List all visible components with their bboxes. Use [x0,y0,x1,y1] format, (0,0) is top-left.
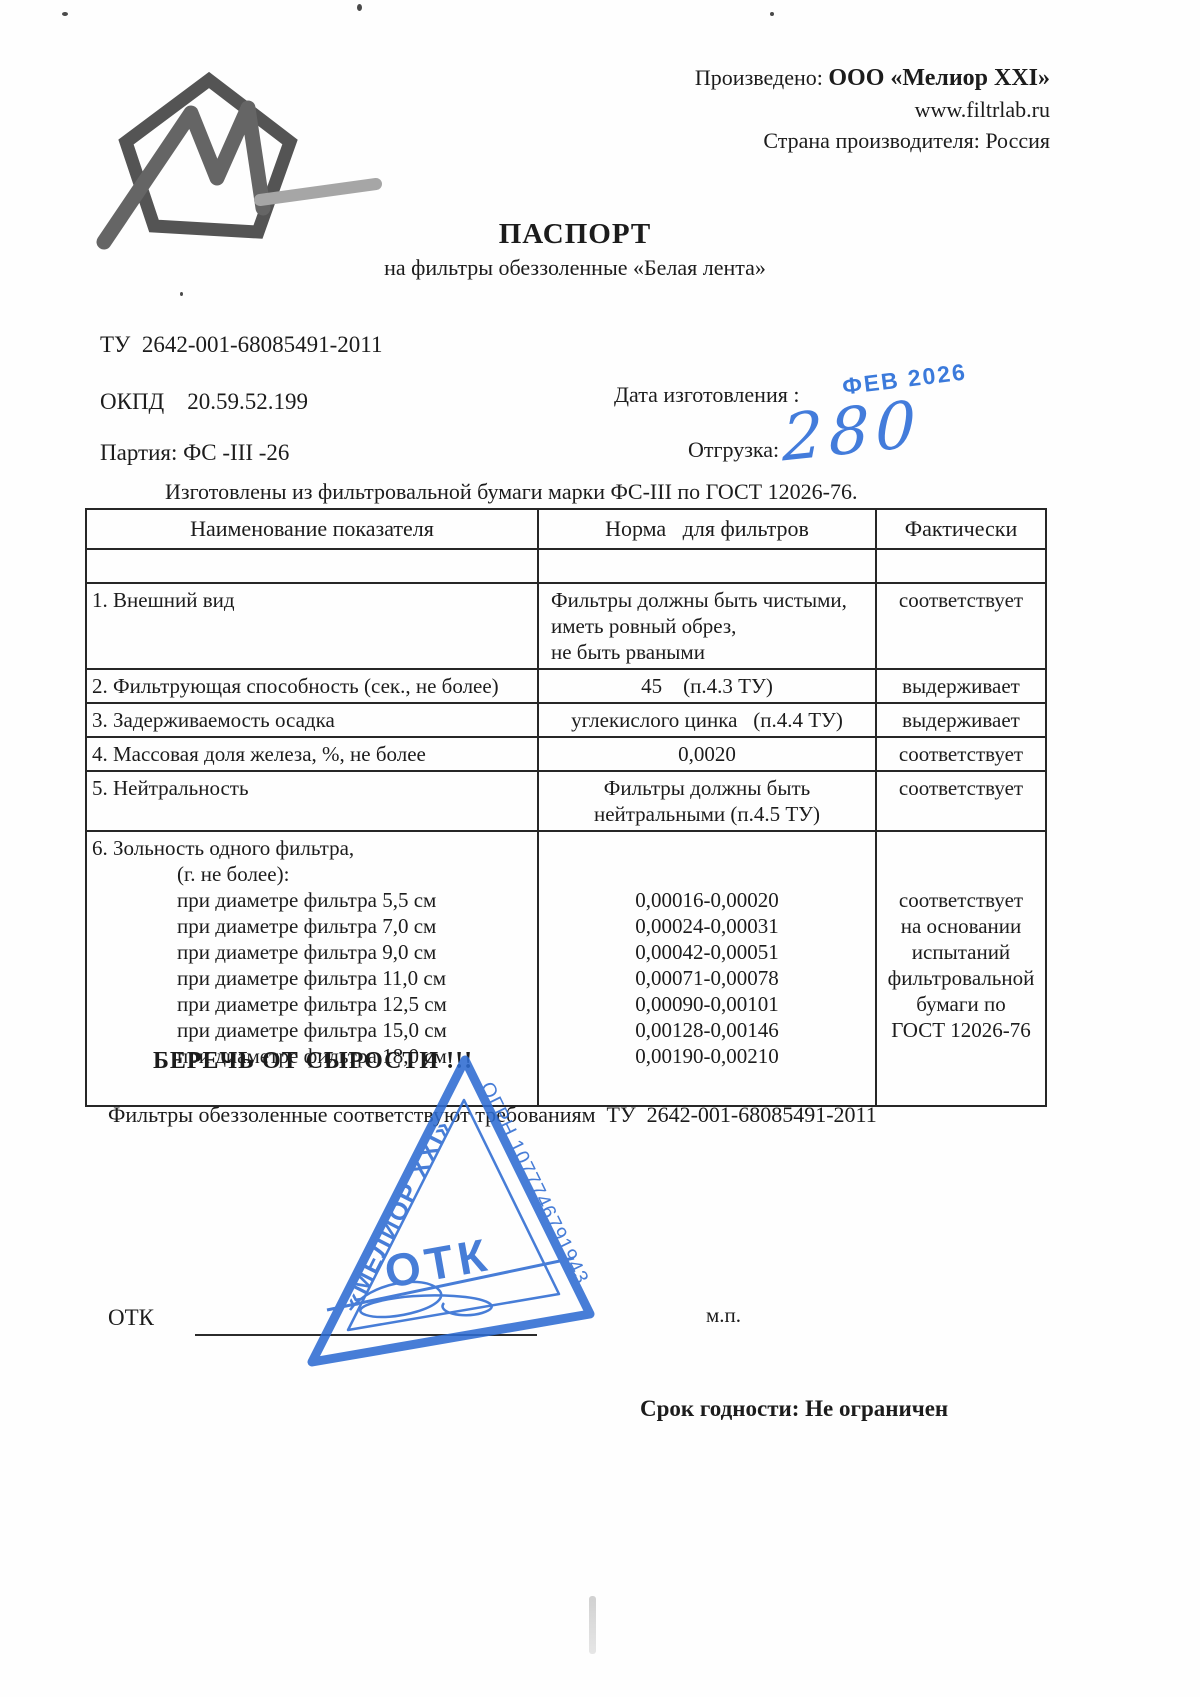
cell-line: соответствует [882,741,1040,767]
cell-line: 0,00042-0,00051 [544,939,870,965]
page-subtitle: на фильтры обеззоленные «Белая лента» [0,255,1150,281]
table-row: 2. Фильтрующая способность (сек., не бол… [86,669,1046,703]
shipping-label: Отгрузка: [688,437,779,463]
mp-seal-label: м.п. [706,1303,741,1328]
cell-line: выдерживает [882,707,1040,733]
cell-line: бумаги по [882,991,1040,1017]
cell-line: 0,00071-0,00078 [544,965,870,991]
cell-line: 6. Зольность одного фильтра, [92,835,532,861]
stamp-right-text: ОГРН 1077746791943 [476,1079,593,1288]
otk-label: ОТК [108,1305,154,1331]
otk-triangle-stamp: «МЕЛИОР XXI» ОГРН 1077746791943 ОТК [272,1046,608,1382]
cell-line: не быть рваными [551,639,870,665]
cell-norm: углекислого цинка (п.4.4 ТУ) [538,703,876,737]
scan-speck [770,12,774,16]
cell-line: на основании [882,913,1040,939]
spec-table: Наименование показателя Норма для фильтр… [85,508,1047,1107]
okpd-number: ОКПД 20.59.52.199 [100,389,308,415]
scan-speck [62,12,68,16]
scan-speck [357,4,362,11]
cell-norm: Фильтры должны бытьнейтральными (п.4.5 Т… [538,771,876,831]
cell-line: (г. не более): [92,861,532,887]
producer-website: www.filtrlab.ru [695,94,1050,125]
cell-fact: соответствуетна основаниииспытанийфильтр… [876,831,1046,1106]
cell-fact: выдерживает [876,703,1046,737]
cell-line: ГОСТ 12026-76 [882,1017,1040,1043]
cell-name: 1. Внешний вид [86,583,538,669]
cell-line: 0,0020 [544,741,870,767]
spec-table-body: 1. Внешний видФильтры должны быть чистым… [86,549,1046,1106]
cell-name: 5. Нейтральность [86,771,538,831]
cell-line: 0,00090-0,00101 [544,991,870,1017]
cell-line: 4. Массовая доля железа, %, не более [92,741,532,767]
shipping-handwritten-value: 280 [782,387,921,476]
scan-speck [180,292,183,296]
cell-line: при диаметре фильтра 12,5 см [92,991,532,1017]
tu-number: ТУ 2642-001-68085491-2011 [100,332,382,358]
cell-line: выдерживает [882,673,1040,699]
cell-line: фильтровальной [882,965,1040,991]
cell-line: при диаметре фильтра 11,0 см [92,965,532,991]
party-label: Партия: [100,440,177,465]
cell-norm: Фильтры должны быть чистыми,иметь ровный… [538,583,876,669]
cell-line: при диаметре фильтра 9,0 см [92,939,532,965]
cell-line: 5. Нейтральность [92,775,532,801]
cell-line: углекислого цинка (п.4.4 ТУ) [544,707,870,733]
spec-table-wrap: Наименование показателя Норма для фильтр… [85,508,1047,1107]
producer-country: Страна производителя: Россия [695,125,1050,156]
spec-table-header-row: Наименование показателя Норма для фильтр… [86,509,1046,549]
producer-block: Произведено: ООО «Мелиор XXI» www.filtrl… [695,62,1050,156]
cell-line: 45 (п.4.3 ТУ) [544,673,870,699]
cell-line: 0,00016-0,00020 [544,887,870,913]
cell-line [544,835,870,861]
party-value: ФС -III -26 [183,440,289,465]
made-from-note: Изготовлены из фильтровальной бумаги мар… [165,479,857,505]
cell-line [544,861,870,887]
cell-fact: соответствует [876,737,1046,771]
cell-name: 3. Задерживаемость осадка [86,703,538,737]
cell-name: 4. Массовая доля железа, %, не более [86,737,538,771]
cell-line: испытаний [882,939,1040,965]
manufacture-date-label: Дата изготовления : [614,382,799,408]
cell-line: Фильтры должны быть [544,775,870,801]
cell-fact: выдерживает [876,669,1046,703]
header-name: Наименование показателя [86,509,538,549]
cell-line: соответствует [882,887,1040,913]
cell-line: при диаметре фильтра 15,0 см [92,1017,532,1043]
cell-line [882,861,1040,887]
page-title: ПАСПОРТ [0,218,1150,251]
header-norm: Норма для фильтров [538,509,876,549]
cell-fact: соответствует [876,771,1046,831]
party-line: Партия: ФС -III -26 [100,440,289,466]
cell-line: 1. Внешний вид [92,587,532,613]
cell-fact: соответствует [876,583,1046,669]
producer-company: ООО «Мелиор XXI» [828,65,1050,91]
cell-line: при диаметре фильтра 7,0 см [92,913,532,939]
cell-line: нейтральными (п.4.5 ТУ) [544,801,870,827]
cell-norm: 0,0020 [538,737,876,771]
cell-name: 2. Фильтрующая способность (сек., не бол… [86,669,538,703]
cell-line: 0,00128-0,00146 [544,1017,870,1043]
cell-line: соответствует [882,587,1040,613]
shelf-life-note: Срок годности: Не ограничен [640,1396,948,1422]
cell-line: иметь ровный обрез, [551,613,870,639]
table-row: 3. Задерживаемость осадкауглекислого цин… [86,703,1046,737]
produced-label: Произведено: [695,65,828,90]
cell-norm: 45 (п.4.3 ТУ) [538,669,876,703]
passport-document-page: Произведено: ООО «Мелиор XXI» www.filtrl… [0,0,1200,1697]
cell-line: 2. Фильтрующая способность (сек., не бол… [92,673,532,699]
cell-line: при диаметре фильтра 5,5 см [92,887,532,913]
header-fact: Фактически [876,509,1046,549]
table-row: 5. НейтральностьФильтры должны бытьнейтр… [86,771,1046,831]
cell-line: Фильтры должны быть чистыми, [551,587,870,613]
cell-line [882,835,1040,861]
scan-smudge [589,1596,596,1654]
table-row: 1. Внешний видФильтры должны быть чистым… [86,583,1046,669]
cell-line: 0,00024-0,00031 [544,913,870,939]
table-spacer-row [86,549,1046,583]
cell-line: соответствует [882,775,1040,801]
produced-line: Произведено: ООО «Мелиор XXI» [695,62,1050,94]
cell-line: 3. Задерживаемость осадка [92,707,532,733]
table-row: 4. Массовая доля железа, %, не более0,00… [86,737,1046,771]
